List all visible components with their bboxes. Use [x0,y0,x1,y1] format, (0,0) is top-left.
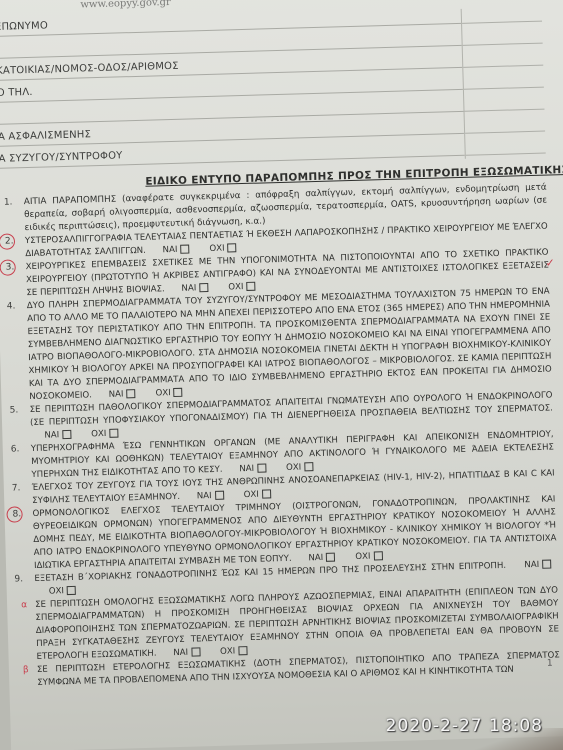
no-label: ΟΧΙ [355,552,370,562]
yes-checkbox[interactable] [191,647,200,656]
yes-option[interactable]: ΝΑΙ [308,552,341,563]
no-label: ΟΧΙ [91,429,106,439]
yes-label: ΝΑΙ [162,245,177,255]
no-label: ΟΧΙ [155,388,170,398]
yes-label: ΝΑΙ [173,648,188,658]
no-label: ΟΧΙ [228,282,243,292]
no-option[interactable]: ΟΧΙ [209,243,242,254]
no-option[interactable]: ΟΧΙ [286,462,319,473]
yes-checkbox[interactable] [180,245,189,254]
red-check-annotation: ✓ [545,256,555,269]
page-number: 1 [547,659,553,669]
yes-option[interactable]: ΝΑΙ [524,559,557,570]
yes-label: ΝΑΙ [109,389,124,399]
yes-option[interactable]: ΝΑΙ [181,283,214,294]
item-number: 4. [7,300,16,313]
yes-checkbox[interactable] [326,553,335,562]
yes-option[interactable]: ΝΑΙ [197,491,230,502]
yes-label: ΝΑΙ [197,491,212,501]
no-checkbox[interactable] [109,429,118,438]
yes-label: ΝΑΙ [308,553,323,563]
yes-option[interactable]: ΝΑΙ [239,463,272,474]
item-number: 7. [12,482,21,495]
no-checkbox[interactable] [227,243,236,252]
item-number: 1. [4,196,13,209]
requirements-list: 1.ΑΙΤΙΑ ΠΑΡΑΠΟΜΠΗΣ (αναφέρατε συγκεκριμέ… [2,182,561,691]
no-label: ΟΧΙ [49,586,64,596]
item-text: ΟΡΜΟΝΟΛΟΓΙΚΟΣ ΕΛΕΓΧΟΣ ΤΕΛΕΥΤΑΙΟΥ ΤΡΙΜΗΝΟ… [32,494,556,571]
item-text: ΣΕ ΠΕΡΙΠΤΩΣΗ ΟΜΟΛΟΓΗΣ ΕΞΩΣΩΜΑΤΙΚΗΣ ΛΟΓΩ … [35,585,559,662]
yes-option[interactable]: ΝΑΙ [162,244,195,255]
photo-timestamp: 2020-2-27 18:08 [386,716,543,736]
yes-checkbox[interactable] [126,389,135,398]
item-number: 6. [11,443,20,456]
item-number: β [23,664,29,677]
no-checkbox[interactable] [373,551,382,560]
no-checkbox[interactable] [174,388,183,397]
form-grid-right [461,7,546,159]
no-option[interactable]: ΟΧΙ [228,282,261,293]
item-text: ΔΥΟ ΠΛΗΡΗ ΣΠΕΡΜΟΔΙΑΓΡΑΜΜΑΤΑ ΤΟΥ ΣΥΖΥΓΟΥ/… [27,286,552,402]
no-label: ΟΧΙ [220,646,235,656]
no-option[interactable]: ΟΧΙ [355,551,388,562]
no-checkbox[interactable] [238,646,247,655]
yes-option[interactable]: ΝΑΙ [173,647,206,658]
yes-label: ΝΑΙ [524,560,539,570]
no-label: ΟΧΙ [244,490,259,500]
requirement-item: 4.ΔΥΟ ΠΛΗΡΗ ΣΠΕΡΜΟΔΙΑΓΡΑΜΜΑΤΑ ΤΟΥ ΣΥΖΥΓΟ… [5,285,553,404]
yes-checkbox[interactable] [62,430,71,439]
document-page: www.eopyy.gov.gr ΕΠΩΝΥΜΟ ΚΑΤΟΙΚΙΑΣ/ΝΟΜΟΣ… [0,0,563,750]
no-option[interactable]: ΟΧΙ [155,388,188,399]
item-number: 9. [14,573,23,586]
no-option[interactable]: ΟΧΙ [91,428,124,439]
item-number: α [21,599,27,612]
yes-checkbox[interactable] [215,491,224,500]
yes-checkbox[interactable] [257,463,266,472]
item-number: 5. [10,404,19,417]
no-checkbox[interactable] [262,489,271,498]
yes-checkbox[interactable] [542,560,551,569]
yes-option[interactable]: ΝΑΙ [44,430,77,441]
no-label: ΟΧΙ [286,462,301,472]
yes-label: ΝΑΙ [181,283,196,293]
yes-option[interactable]: ΝΑΙ [109,389,142,400]
no-checkbox[interactable] [246,282,255,291]
no-checkbox[interactable] [67,586,76,595]
no-option[interactable]: ΟΧΙ [220,646,253,657]
no-checkbox[interactable] [304,462,313,471]
no-label: ΟΧΙ [209,244,224,254]
yes-checkbox[interactable] [199,283,208,292]
no-option[interactable]: ΟΧΙ [49,586,82,597]
yes-label: ΝΑΙ [239,464,254,474]
no-option[interactable]: ΟΧΙ [244,489,277,500]
yes-label: ΝΑΙ [44,430,59,440]
